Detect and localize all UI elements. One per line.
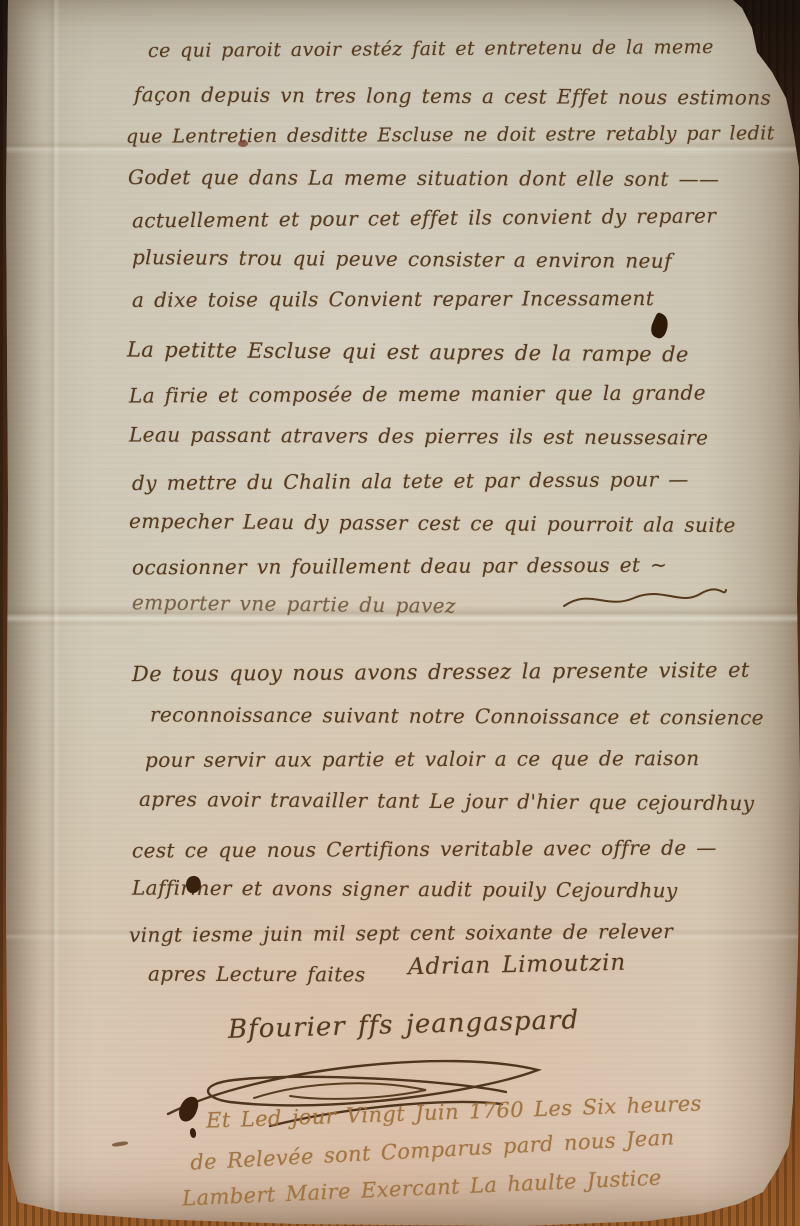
manuscript-line: pour servir aux partie et valoir a ce qu…: [145, 746, 700, 772]
manuscript-line: apres avoir travailler tant Le jour d'hi…: [139, 787, 755, 815]
manuscript-line: De tous quoy nous avons dressez la prese…: [132, 658, 750, 686]
manuscript-line: que Lentretien desditte Escluse ne doit …: [126, 122, 775, 147]
manuscript-line: Godet que dans La meme situation dont el…: [128, 165, 720, 191]
manuscript-line: emporter vne partie du pavez: [132, 590, 456, 617]
manuscript-line: Laffirmer et avons signer audit pouily C…: [132, 876, 678, 903]
postscript-line: Lambert Maire Exercant La haulte Justice: [182, 1166, 662, 1211]
manuscript-line: plusieurs trou qui peuve consister a env…: [132, 245, 672, 273]
manuscript-line: cest ce que nous Certifions veritable av…: [132, 835, 717, 862]
vertical-fold-crease: [48, 0, 60, 1226]
manuscript-line: a dixe toise quils Convient reparer Ince…: [132, 286, 654, 312]
manuscript-line: ocasionner vn fouillement deau par desso…: [132, 553, 667, 580]
ink-mark: [648, 312, 672, 340]
manuscript-line: Leau passant atravers des pierres ils es…: [129, 422, 709, 449]
manuscript-line: reconnoissance suivant notre Connoissanc…: [150, 702, 764, 729]
photograph-background: ce qui paroit avoir estéz fait et entret…: [0, 0, 800, 1226]
manuscript-line: actuellement et pour cet effet ils convi…: [132, 203, 716, 232]
manuscript-line: empecher Leau dy passer cest ce qui pour…: [129, 509, 736, 537]
manuscript-line: apres Lecture faites: [148, 962, 366, 987]
ink-mark: [112, 1141, 128, 1147]
ink-stain: [238, 140, 248, 147]
manuscript-page: ce qui paroit avoir estéz fait et entret…: [0, 0, 800, 1226]
manuscript-line: La petitte Escluse qui est aupres de la …: [127, 338, 689, 367]
pen-flourish: [560, 584, 730, 614]
signature-adrian-limoutzin: Adrian Limoutzin: [408, 950, 626, 981]
pen-flourish: [250, 1078, 430, 1104]
manuscript-line: vingt iesme juin mil sept cent soixante …: [129, 919, 673, 947]
signature-fourier-jeangaspard: Bfourier ffs jeangaspard: [228, 1005, 580, 1045]
manuscript-line: ce qui paroit avoir estéz fait et entret…: [148, 36, 714, 62]
manuscript-line: dy mettre du Chalin ala tete et par dess…: [132, 467, 689, 495]
manuscript-line: La firie et composée de meme manier que …: [129, 380, 706, 407]
manuscript-line: façon depuis vn tres long tems a cest Ef…: [134, 82, 771, 109]
